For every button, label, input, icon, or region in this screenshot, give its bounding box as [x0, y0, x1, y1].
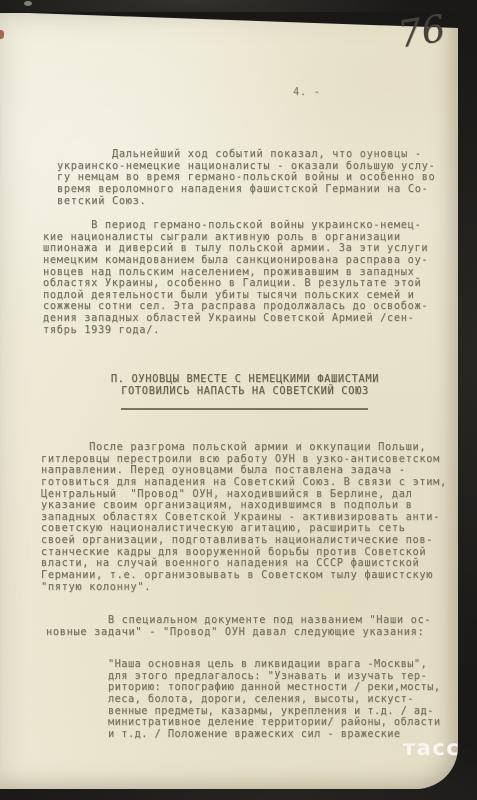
paragraph-2: В период германо-польской войны украинск…: [43, 220, 428, 336]
section-heading: П. ОУНОВЦЫ ВМЕСТЕ С НЕМЕЦКИМИ ФАШИСТАМИ …: [80, 374, 410, 397]
archival-photo-scan: 4. - Дальнейший ход событий показал, что…: [0, 0, 477, 800]
heading-underline: [121, 408, 368, 410]
dust-speck: [24, 1, 32, 6]
red-edge-mark: [0, 30, 4, 39]
folio-number-handwritten: 76: [395, 7, 448, 57]
paragraph-4: В специальном документе под названием "Н…: [46, 615, 431, 638]
quote-block: "Наша основная цель в ликвидации врага -…: [108, 659, 440, 740]
tass-watermark: тасс: [403, 736, 460, 760]
document-page: 4. - Дальнейший ход событий показал, что…: [0, 13, 458, 789]
page-number: 4. -: [293, 87, 321, 99]
paragraph-3: После разгрома польской армии и оккупаци…: [41, 442, 447, 593]
paragraph-1: Дальнейший ход событий показал, что оуно…: [57, 149, 435, 207]
